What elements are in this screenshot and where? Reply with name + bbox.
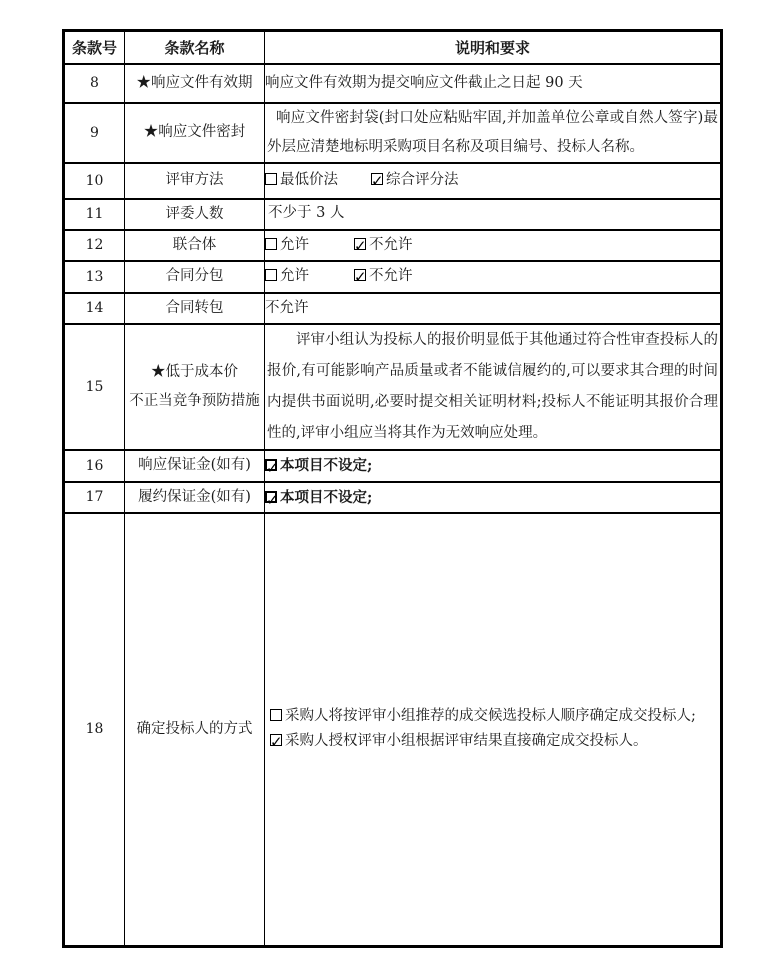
clause-name-line: 评审方法: [125, 166, 264, 195]
clause-desc-cell: 最低价法综合评分法: [265, 163, 722, 199]
clause-name-cell: 评委人数: [125, 199, 265, 230]
option-label: 允许: [280, 268, 309, 284]
table-body: 8★响应文件有效期响应文件有效期为提交响应文件截止之日起 90 天9★响应文件密…: [64, 64, 722, 947]
description-line: 本项目不设定;: [265, 453, 720, 478]
clause-name-line: 响应保证金(如有): [125, 451, 264, 480]
clause-name-cell: 评审方法: [125, 163, 265, 199]
option-label: 本项目不设定;: [280, 489, 372, 506]
clause-name-cell: 合同转包: [125, 293, 265, 324]
description-text: 不允许: [265, 300, 309, 316]
clause-no-cell: 13: [64, 261, 125, 293]
clause-no-cell: 8: [64, 64, 125, 103]
checkbox-checked-icon: [265, 491, 277, 503]
clause-name-cell: 联合体: [125, 230, 265, 261]
option-label: 采购人授权评审小组根据评审结果直接确定成交投标人。: [285, 733, 648, 749]
checkbox-unchecked-icon: [270, 709, 282, 721]
description-line: 不允许: [265, 296, 720, 321]
clause-desc-cell: 响应文件有效期为提交响应文件截止之日起 90 天: [265, 64, 722, 103]
table-row: 16响应保证金(如有)本项目不设定;: [64, 450, 722, 482]
clause-desc-cell: 不少于 3 人: [265, 199, 722, 230]
description-text: 不少于 3 人: [268, 205, 344, 221]
clause-no-cell: 9: [64, 103, 125, 163]
description-line: 采购人授权评审小组根据评审结果直接确定成交投标人。: [270, 729, 720, 754]
clause-name-cell: 确定投标人的方式: [125, 513, 265, 947]
clause-desc-cell: 不允许: [265, 293, 722, 324]
table-row: 14合同转包不允许: [64, 293, 722, 324]
description-line: 允许不允许: [265, 264, 720, 289]
table-row: 10评审方法最低价法综合评分法: [64, 163, 722, 199]
description-paragraph: 响应文件密封袋(封口处应粘贴牢固,并加盖单位公章或自然人签字)最外层应清楚地标明…: [267, 104, 718, 162]
clause-name-line: 评委人数: [125, 200, 264, 229]
description-line: 本项目不设定;: [265, 485, 720, 510]
clause-desc-cell: 采购人将按评审小组推荐的成交候选投标人顺序确定成交投标人;采购人授权评审小组根据…: [265, 513, 722, 947]
clause-name-line: ★低于成本价: [125, 358, 264, 387]
clause-no-cell: 16: [64, 450, 125, 482]
description-line: 最低价法综合评分法: [265, 168, 720, 193]
table-row: 17履约保证金(如有)本项目不设定;: [64, 482, 722, 513]
clause-name-line: 履约保证金(如有): [125, 483, 264, 512]
description-line: 允许不允许: [265, 233, 720, 258]
checkbox-unchecked-icon: [265, 238, 277, 250]
table-row: 12联合体允许不允许: [64, 230, 722, 261]
clause-desc-cell: 评审小组认为投标人的报价明显低于其他通过符合性审查投标人的报价,有可能影响产品质…: [265, 324, 722, 450]
header-clause-name: 条款名称: [125, 31, 265, 64]
header-description: 说明和要求: [265, 31, 722, 64]
clause-desc-cell: 本项目不设定;: [265, 450, 722, 482]
clause-no-cell: 17: [64, 482, 125, 513]
checkbox-checked-icon: [354, 269, 366, 281]
description-line: 响应文件有效期为提交响应文件截止之日起 90 天: [265, 71, 720, 96]
document-page: { "table": { "columns": ["条款号", "条款名称", …: [0, 0, 783, 954]
clause-name-line: 合同分包: [125, 262, 264, 291]
header-row: 条款号 条款名称 说明和要求: [64, 31, 722, 64]
header-clause-no: 条款号: [64, 31, 125, 64]
table-row: 9★响应文件密封响应文件密封袋(封口处应粘贴牢固,并加盖单位公章或自然人签字)最…: [64, 103, 722, 163]
table-row: 13合同分包允许不允许: [64, 261, 722, 293]
clause-no-cell: 10: [64, 163, 125, 199]
clause-desc-cell: 响应文件密封袋(封口处应粘贴牢固,并加盖单位公章或自然人签字)最外层应清楚地标明…: [265, 103, 722, 163]
option-label: 采购人将按评审小组推荐的成交候选投标人顺序确定成交投标人;: [285, 708, 696, 724]
description-paragraph: 评审小组认为投标人的报价明显低于其他通过符合性审查投标人的报价,有可能影响产品质…: [267, 325, 718, 449]
table-row: 15★低于成本价不正当竞争预防措施评审小组认为投标人的报价明显低于其他通过符合性…: [64, 324, 722, 450]
option-label: 综合评分法: [386, 172, 459, 188]
clause-name-cell: ★响应文件有效期: [125, 64, 265, 103]
clause-no-cell: 14: [64, 293, 125, 324]
clauses-table: 条款号 条款名称 说明和要求 8★响应文件有效期响应文件有效期为提交响应文件截止…: [62, 29, 723, 948]
clause-name-line: 合同转包: [125, 294, 264, 323]
clause-desc-cell: 允许不允许: [265, 230, 722, 261]
clause-name-line: ★响应文件有效期: [125, 69, 264, 98]
clause-no-cell: 18: [64, 513, 125, 947]
clause-name-line: 不正当竞争预防措施: [125, 387, 264, 416]
checkbox-unchecked-icon: [265, 173, 277, 185]
table-header: 条款号 条款名称 说明和要求: [64, 31, 722, 64]
clause-name-cell: 响应保证金(如有): [125, 450, 265, 482]
clause-name-line: 确定投标人的方式: [125, 715, 264, 744]
checkbox-checked-icon: [265, 459, 277, 471]
checkbox-checked-icon: [371, 173, 383, 185]
option-label: 最低价法: [280, 172, 338, 188]
table-row: 8★响应文件有效期响应文件有效期为提交响应文件截止之日起 90 天: [64, 64, 722, 103]
clause-no-cell: 11: [64, 199, 125, 230]
checkbox-unchecked-icon: [265, 269, 277, 281]
option-label: 允许: [280, 237, 309, 253]
clause-no-cell: 15: [64, 324, 125, 450]
option-label: 不允许: [369, 268, 413, 284]
option-label: 本项目不设定;: [280, 457, 372, 474]
table-row: 18确定投标人的方式采购人将按评审小组推荐的成交候选投标人顺序确定成交投标人;采…: [64, 513, 722, 947]
description-text: 响应文件有效期为提交响应文件截止之日起 90 天: [265, 75, 583, 91]
clause-name-cell: 合同分包: [125, 261, 265, 293]
clause-name-cell: ★响应文件密封: [125, 103, 265, 163]
description-line: 不少于 3 人: [268, 201, 720, 226]
clause-no-cell: 12: [64, 230, 125, 261]
description-line: 采购人将按评审小组推荐的成交候选投标人顺序确定成交投标人;: [270, 704, 720, 729]
clause-name-cell: 履约保证金(如有): [125, 482, 265, 513]
table-row: 11评委人数不少于 3 人: [64, 199, 722, 230]
checkbox-checked-icon: [354, 238, 366, 250]
clause-name-line: 联合体: [125, 231, 264, 260]
option-label: 不允许: [369, 237, 413, 253]
clause-name-cell: ★低于成本价不正当竞争预防措施: [125, 324, 265, 450]
clause-desc-cell: 允许不允许: [265, 261, 722, 293]
clause-desc-cell: 本项目不设定;: [265, 482, 722, 513]
checkbox-checked-icon: [270, 734, 282, 746]
clause-name-line: ★响应文件密封: [125, 118, 264, 147]
